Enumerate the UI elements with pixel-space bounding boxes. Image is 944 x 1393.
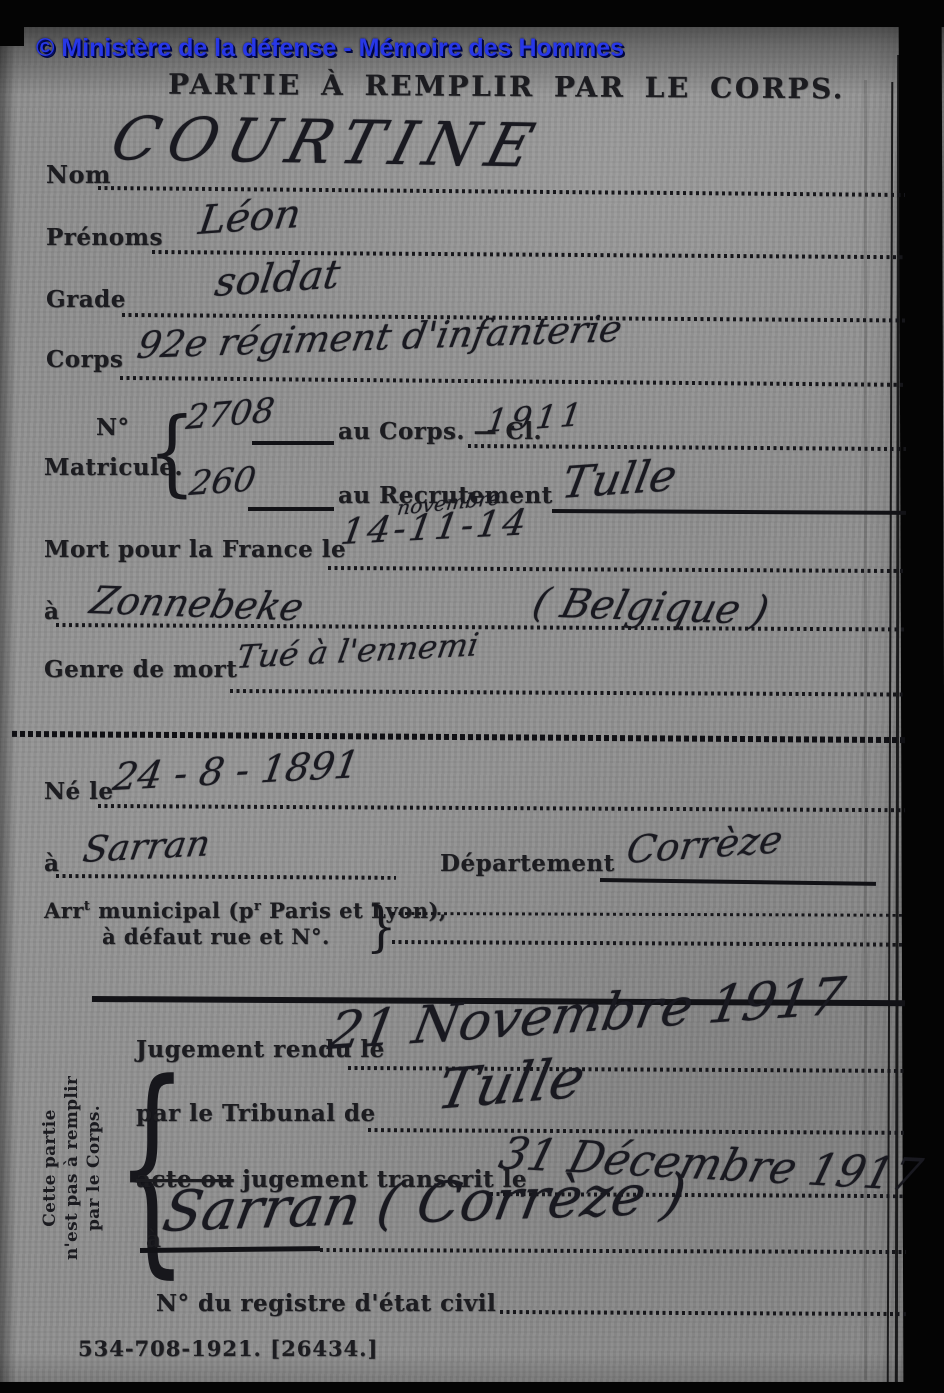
side-note-line3: par le Corps. (83, 1023, 105, 1313)
corps-label: Corps (46, 346, 123, 373)
matricule-no-label: N° (96, 414, 130, 441)
form-title: PARTIE À REMPLIR PAR LE CORPS. (168, 68, 845, 106)
arr-l1a: Arr (44, 898, 84, 923)
matricule-recrutement-dash (248, 507, 334, 511)
departement-label: Département (440, 850, 615, 877)
arr-l1b: municipal (p (90, 898, 254, 923)
tribunal-value: Tulle (432, 1046, 590, 1123)
matricule-corps-number: 2708 (184, 391, 277, 438)
arrondissement-brace: } (366, 896, 397, 958)
registre-label: N° du registre d'état civil (156, 1290, 496, 1317)
lieu-mort-a-label: à (44, 598, 59, 625)
mort-label: Mort pour la France le (44, 536, 346, 563)
genre-mort-label: Genre de mort (44, 656, 237, 683)
jugement-side-note: Cette partie n'est pas à remplir par le … (39, 1023, 105, 1313)
side-note-line1: Cette partie (39, 1023, 61, 1313)
grade-value: soldat (212, 252, 343, 306)
nom-value: COURTINE (104, 104, 551, 181)
tribunal-label: par le Tribunal de (136, 1100, 376, 1127)
matricule-recrutement-number: 260 (187, 460, 258, 504)
ne-le-label: Né le (44, 778, 114, 805)
recrutement-place-value: Tulle (558, 450, 681, 509)
side-note-line2: n'est pas à remplir (61, 1023, 83, 1313)
document-scan: © Ministère de la défense - Mémoire des … (0, 0, 944, 1393)
prenoms-label: Prénoms (46, 224, 163, 251)
scan-edge-top-left (0, 0, 24, 46)
scan-edge-bottom (0, 1382, 944, 1393)
grade-label: Grade (46, 286, 126, 313)
classe-value: 1911 (484, 395, 588, 440)
naissance-a-label: à (44, 850, 59, 877)
footer-imprint: 534-708-1921. [26434.] (78, 1336, 378, 1361)
arrondissement-label-line2: à défaut rue et N°. (102, 924, 330, 949)
arr-l1c: Paris et Lyon), (261, 898, 446, 923)
prenoms-value: Léon (196, 191, 304, 244)
lieu-mort-ville: Zonnebeke (86, 578, 308, 629)
watermark-text: © Ministère de la défense - Mémoire des … (36, 34, 624, 63)
matricule-corps-dash (252, 441, 334, 445)
scan-edge-top (0, 0, 944, 27)
naissance-ville: Sarran (80, 824, 213, 871)
nom-label: Nom (46, 160, 111, 189)
